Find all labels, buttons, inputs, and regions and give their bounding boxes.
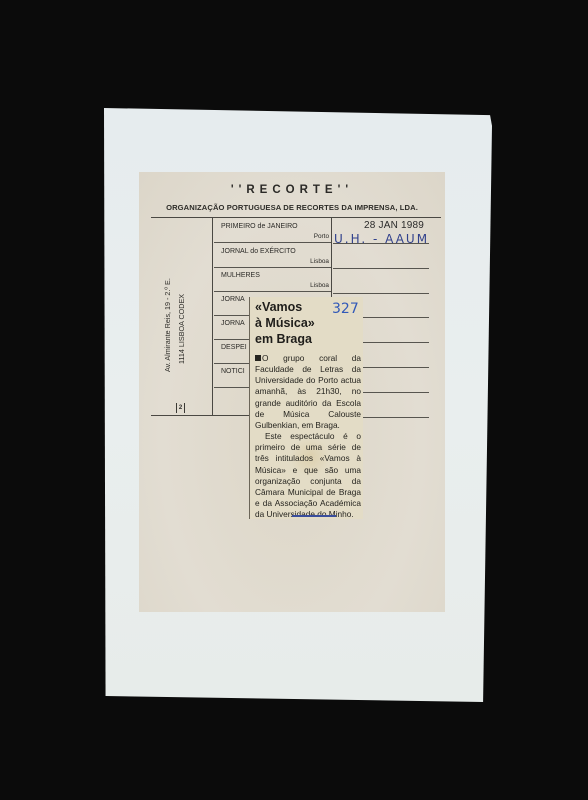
publication-name: JORNAL do EXÉRCITO (221, 248, 296, 255)
publication-row: PRIMEIRO de JANEIRO Porto (214, 219, 331, 243)
address-line: Av. Almirante Reis, 19 - 2.º E. (161, 278, 175, 372)
handwritten-number: 327 (332, 301, 359, 317)
publication-city: Lisboa (310, 258, 329, 265)
publication-name: DESPEI (221, 344, 247, 351)
clipping-headline: «Vamos à Música» em Braga (255, 299, 315, 347)
publication-name: JORNA (221, 296, 245, 303)
paragraph: O grupo coral da Faculdade de Letras da … (255, 353, 361, 430)
bullet-square-icon (255, 355, 261, 361)
publication-city: Lisboa (310, 282, 329, 289)
form-title: ''RECORTE'' (139, 184, 445, 196)
divider (212, 217, 213, 415)
divider (214, 242, 331, 243)
publication-name: JORNA (221, 320, 245, 327)
divider (151, 217, 441, 218)
divider (333, 268, 429, 269)
publication-city: Porto (314, 233, 329, 240)
divider (331, 217, 332, 297)
headline-line: em Braga (255, 331, 315, 347)
form-subtitle: ORGANIZAÇÃO PORTUGUESA DE RECORTES DA IM… (139, 203, 445, 212)
clipping-body: O grupo coral da Faculdade de Letras da … (255, 353, 361, 520)
headline-line: à Música» (255, 315, 315, 331)
address-line: 1114 LISBOA CODEX (175, 278, 189, 372)
paragraph: Este espectáculo é o primeiro de uma sér… (255, 431, 361, 520)
handwritten-code: U.H. - AAUM (334, 232, 429, 246)
publication-row: MULHERES Lisboa (214, 268, 331, 292)
date-stamp: 28 JAN 1989 (364, 220, 424, 231)
headline-line: «Vamos (255, 299, 315, 315)
pen-underline (292, 515, 336, 517)
page-number: 2 (176, 403, 185, 413)
publication-name: PRIMEIRO de JANEIRO (221, 223, 298, 230)
newspaper-clipping: «Vamos à Música» em Braga 327 O grupo co… (250, 297, 363, 519)
publication-name: MULHERES (221, 272, 260, 279)
publication-name: NOTICI (221, 368, 245, 375)
address-block: Av. Almirante Reis, 19 - 2.º E. 1114 LIS… (161, 278, 189, 372)
divider (333, 293, 429, 294)
divider (151, 415, 249, 416)
publication-row: JORNAL do EXÉRCITO Lisboa (214, 244, 331, 268)
